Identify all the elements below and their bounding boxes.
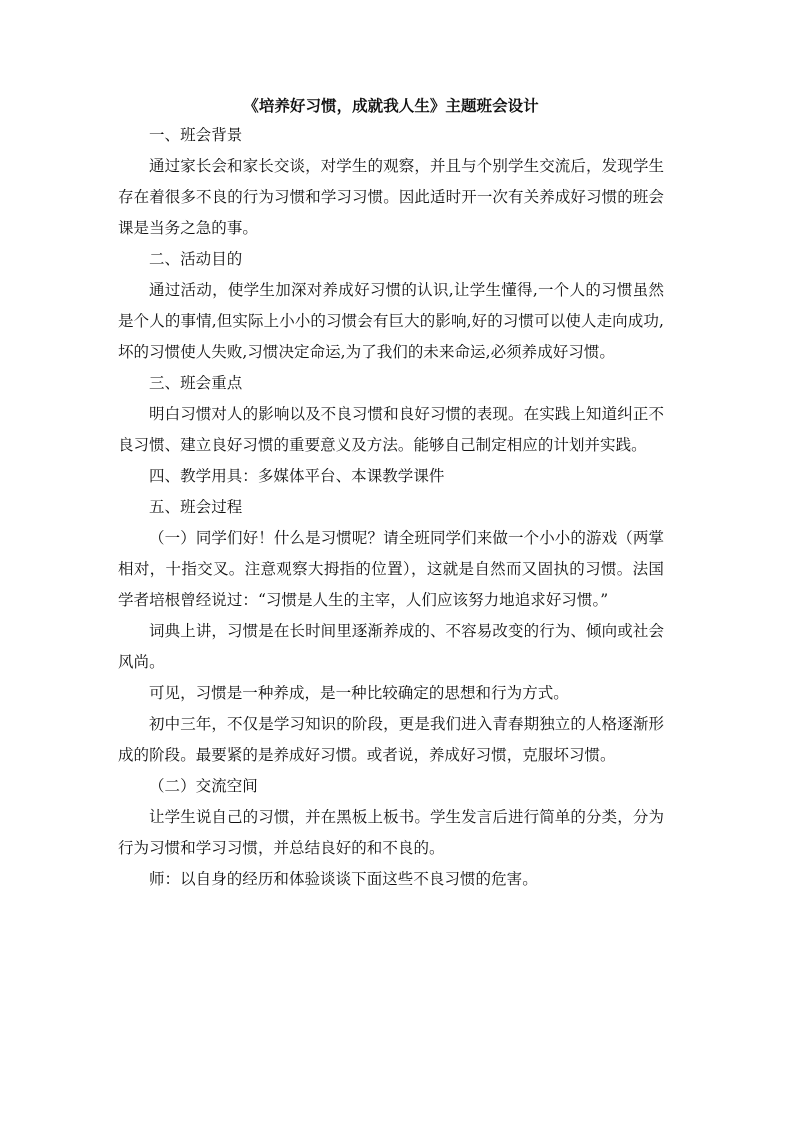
section-heading-background: 一、班会背景 [118,120,664,151]
paragraph-conclusion: 可见，习惯是一种养成，是一种比较确定的思想和行为方式。 [118,678,664,709]
section-heading-goal: 二、活动目的 [118,244,664,275]
paragraph-background: 通过家长会和家长交谈，对学生的观察，并且与个别学生交流后，发现学生存在着很多不良… [118,151,664,244]
section-heading-process: 五、班会过程 [118,492,664,523]
paragraph-junior-high: 初中三年，不仅是学习知识的阶段，更是我们进入青春期独立的人格逐渐形成的阶段。最要… [118,709,664,771]
subsection-heading-exchange: （二）交流空间 [118,771,664,802]
section-heading-focus: 三、班会重点 [118,368,664,399]
paragraph-dictionary: 词典上讲，习惯是在长时间里逐渐养成的、不容易改变的行为、倾向或社会风尚。 [118,616,664,678]
paragraph-process-intro: （一）同学们好！什么是习惯呢？请全班同学们来做一个小小的游戏（两掌相对，十指交叉… [118,523,664,616]
paragraph-teacher: 师：以自身的经历和体验谈谈下面这些不良习惯的危害。 [118,864,664,895]
document-title: 《培养好习惯，成就我人生》主题班会设计 [118,94,664,118]
paragraph-exchange: 让学生说自己的习惯，并在黑板上板书。学生发言后进行简单的分类，分为行为习惯和学习… [118,802,664,864]
paragraph-goal: 通过活动，使学生加深对养成好习惯的认识,让学生懂得,一个人的习惯虽然是个人的事情… [118,275,664,368]
section-heading-tools: 四、教学用具：多媒体平台、本课教学课件 [118,461,664,492]
document-page: 《培养好习惯，成就我人生》主题班会设计 一、班会背景 通过家长会和家长交谈，对学… [118,94,664,895]
paragraph-focus: 明白习惯对人的影响以及不良习惯和良好习惯的表现。在实践上知道纠正不良习惯、建立良… [118,399,664,461]
